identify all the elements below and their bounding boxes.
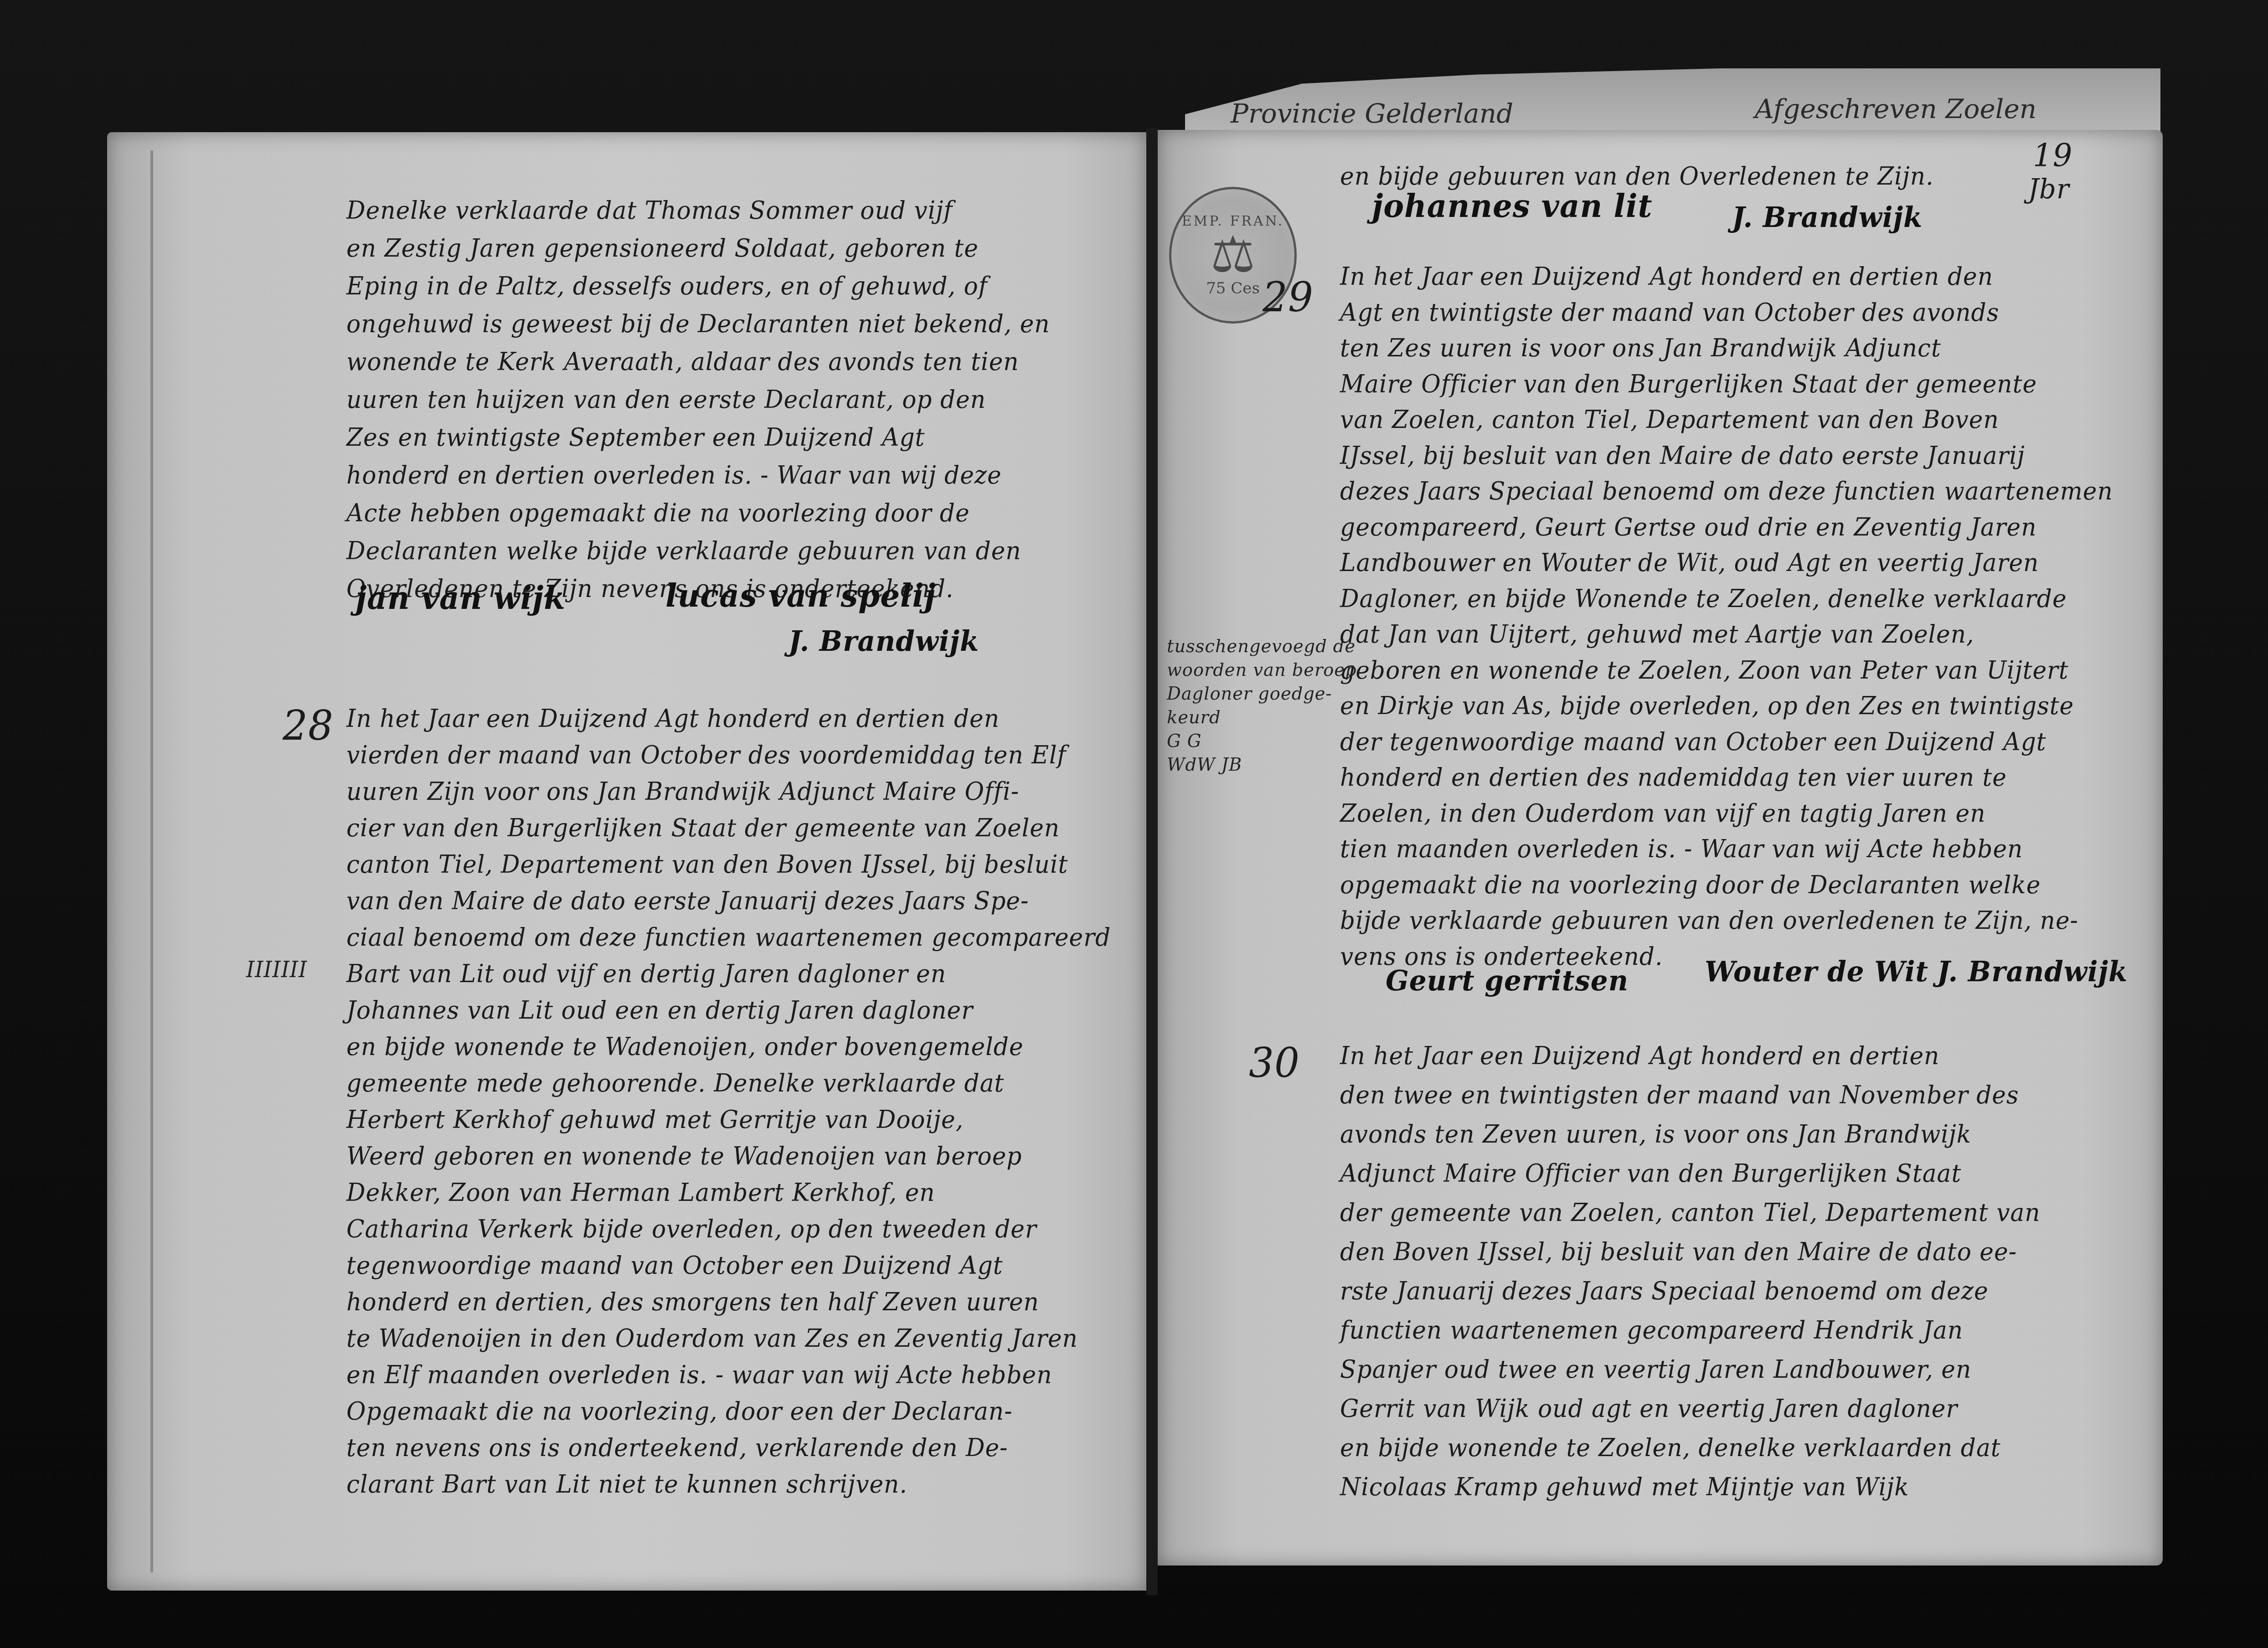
handwritten-line: ciaal benoemd om deze functien waartenem… — [346, 923, 1111, 952]
handwritten-line: cier van den Burgerlijken Staat der geme… — [346, 814, 1060, 842]
handwritten-line: van Zoelen, canton Tiel, Departement van… — [1340, 405, 1999, 434]
handwritten-line: tegenwoordige maand van October een Duij… — [346, 1251, 1003, 1280]
handwritten-line: Eping in de Paltz, desselfs ouders, en o… — [346, 272, 988, 300]
handwritten-line: Landbouwer en Wouter de Wit, oud Agt en … — [1340, 548, 2039, 577]
handwritten-line: Zoelen, in den Ouderdom van vijf en tagt… — [1340, 799, 1985, 828]
handwritten-line: te Wadenoijen in den Ouderdom van Zes en… — [346, 1324, 1078, 1353]
handwritten-line: canton Tiel, Departement van den Boven I… — [346, 850, 1068, 879]
handwritten-line: en Dirkje van As, bijde overleden, op de… — [1340, 691, 2074, 720]
handwritten-line: functien waartenemen gecompareerd Hendri… — [1340, 1316, 1963, 1344]
signature-geurt-gerritsen: Geurt gerritsen — [1386, 964, 1629, 997]
handwritten-line: ten Zes uuren is voor ons Jan Brandwijk … — [1340, 334, 1941, 362]
signature-brandwijk-2: J. Brandwijk — [1732, 201, 1923, 234]
handwritten-line: en bijde wonende te Wadenoijen, onder bo… — [346, 1032, 1024, 1061]
handwritten-line: en bijde wonende te Zoelen, denelke verk… — [1340, 1433, 2001, 1462]
handwritten-line: Johannes van Lit oud een en dertig Jaren… — [346, 996, 973, 1025]
handwritten-line: vierden der maand van October des voorde… — [346, 741, 1067, 769]
handwritten-line: en Elf maanden overleden is. - waar van … — [346, 1360, 1052, 1389]
handwritten-line: gecompareerd, Geurt Gertse oud drie en Z… — [1340, 513, 2037, 541]
handwritten-line: gemeente mede gehoorende. Denelke verkla… — [346, 1069, 1004, 1097]
handwritten-line: In het Jaar een Duijzend Agt honderd en … — [1340, 262, 1993, 291]
handwritten-line: Spanjer oud twee en veertig Jaren Landbo… — [1340, 1355, 1971, 1384]
handwritten-line: dezes Jaars Speciaal benoemd om deze fun… — [1340, 477, 2113, 505]
handwritten-line: den twee en twintigsten der maand van No… — [1340, 1081, 2019, 1109]
handwritten-line: van den Maire de dato eerste Januarij de… — [346, 886, 1029, 915]
handwritten-line: IJssel, bij besluit van den Maire de dat… — [1340, 441, 2025, 470]
handwritten-line: ongehuwd is geweest bij de Declaranten n… — [346, 309, 1050, 338]
handwritten-line: rste Januarij dezes Jaars Speciaal benoe… — [1340, 1277, 1989, 1305]
handwritten-line: honderd en dertien des nademiddag ten vi… — [1340, 763, 2007, 792]
handwritten-line: honderd en dertien, des smorgens ten hal… — [346, 1287, 1039, 1316]
record-number-30: 30 — [1249, 1039, 1300, 1087]
handwritten-line: In het Jaar een Duijzend Agt honderd en … — [1340, 1041, 1939, 1070]
handwritten-line: Zes en twintigste September een Duijzend… — [346, 423, 925, 452]
handwritten-line: G G — [1167, 731, 1201, 752]
page-number: 19 — [2033, 137, 2072, 174]
handwritten-line: Dagloner, en bijde Wonende te Zoelen, de… — [1340, 584, 2067, 613]
handwritten-line: der tegenwoordige maand van October een … — [1340, 727, 2046, 756]
handwritten-line: woorden van beroep — [1167, 659, 1357, 680]
left-margin-rule — [150, 150, 153, 1572]
handwritten-line: der gemeente van Zoelen, canton Tiel, De… — [1340, 1198, 2041, 1227]
handwritten-line: opgemaakt die na voorlezing door de Decl… — [1340, 870, 2041, 899]
signature-brandwijk-3: J. Brandwijk — [1937, 955, 2128, 988]
handwritten-line: Acte hebben opgemaakt die na voorlezing … — [346, 499, 970, 527]
handwritten-line: clarant Bart van Lit niet te kunnen schr… — [346, 1470, 907, 1499]
book-gutter — [1146, 128, 1158, 1595]
handwritten-line: ten nevens ons is onderteekend, verklare… — [346, 1433, 1008, 1462]
signature-johannes-van-lit: johannes van lit — [1372, 187, 1653, 225]
handwritten-line: Nicolaas Kramp gehuwd met Mijntje van Wi… — [1340, 1473, 1909, 1501]
signature-brandwijk: J. Brandwijk — [789, 624, 979, 658]
handwritten-line: Bart van Lit oud vijf en dertig Jaren da… — [346, 959, 946, 988]
handwritten-line: In het Jaar een Duijzend Agt honderd en … — [346, 704, 1000, 733]
signature-lucas-van-spelij: lucas van spelij — [665, 577, 936, 614]
handwritten-line: den Boven IJssel, bij besluit van den Ma… — [1340, 1237, 2017, 1266]
handwritten-line: honderd en dertien overleden is. - Waar … — [346, 461, 1002, 489]
handwritten-line: en Zestig Jaren gepensioneerd Soldaat, g… — [346, 234, 979, 263]
signature-jan-van-wijk: jan van wijk — [356, 579, 566, 617]
handwritten-line: Opgemaakt die na voorlezing, door een de… — [346, 1397, 1013, 1426]
header-municipality: Afgeschreven Zoelen — [1755, 93, 2036, 124]
handwritten-line: Maire Officier van den Burgerlijken Staa… — [1340, 370, 2037, 398]
handwritten-line: Dagloner goedge- — [1167, 683, 1332, 704]
handwritten-line: tusschengevoegd de — [1167, 636, 1356, 657]
handwritten-line: wonende te Kerk Averaath, aldaar des avo… — [346, 347, 1019, 376]
record-number-28: 28 — [283, 702, 334, 750]
handwritten-line: geboren en wonende te Zoelen, Zoon van P… — [1340, 656, 2069, 685]
handwritten-line: uuren Zijn voor ons Jan Brandwijk Adjunc… — [346, 777, 1019, 806]
header-province: Provincie Gelderland — [1231, 98, 1513, 129]
handwritten-line: Weerd geboren en wonende te Wadenoijen v… — [346, 1142, 1022, 1170]
handwritten-line: bijde verklaarde gebuuren van den overle… — [1340, 906, 2078, 935]
handwritten-line: Gerrit van Wijk oud agt en veertig Jaren… — [1340, 1394, 1958, 1423]
handwritten-line: Denelke verklaarde dat Thomas Sommer oud… — [346, 196, 953, 225]
corner-initials: Jbr — [2028, 173, 2069, 205]
handwritten-line: Agt en twintigste der maand van October … — [1340, 298, 1999, 327]
stamp-figure-icon: ⚖ — [1211, 229, 1256, 279]
handwritten-line: uuren ten huijzen van den eerste Declara… — [346, 385, 986, 414]
handwritten-line: Adjunct Maire Officier van den Burgerlij… — [1340, 1159, 1961, 1188]
handwritten-line: Catharina Verkerk bijde overleden, op de… — [346, 1215, 1037, 1243]
handwritten-line: dat Jan van Uijtert, gehuwd met Aartje v… — [1340, 620, 1974, 649]
signature-wouter-de-wit: Wouter de Wit — [1705, 955, 1928, 988]
handwritten-line: WdW JB — [1167, 754, 1242, 775]
margin-tally-mark: IIIIIII — [246, 957, 307, 983]
handwritten-line: avonds ten Zeven uuren, is voor ons Jan … — [1340, 1120, 1971, 1148]
handwritten-line: Dekker, Zoon van Herman Lambert Kerkhof,… — [346, 1178, 935, 1207]
handwritten-line: Herbert Kerkhof gehuwd met Gerritje van … — [346, 1105, 964, 1134]
record-number-29: 29 — [1263, 273, 1314, 321]
stamp-value: 75 Ces — [1206, 279, 1260, 298]
handwritten-line: tien maanden overleden is. - Waar van wi… — [1340, 834, 2023, 863]
right-continuation-line: en bijde gebuuren van den Overledenen te… — [1340, 162, 1934, 191]
handwritten-line: Declaranten welke bijde verklaarde gebuu… — [346, 536, 1021, 565]
handwritten-line: keurd — [1167, 707, 1221, 728]
